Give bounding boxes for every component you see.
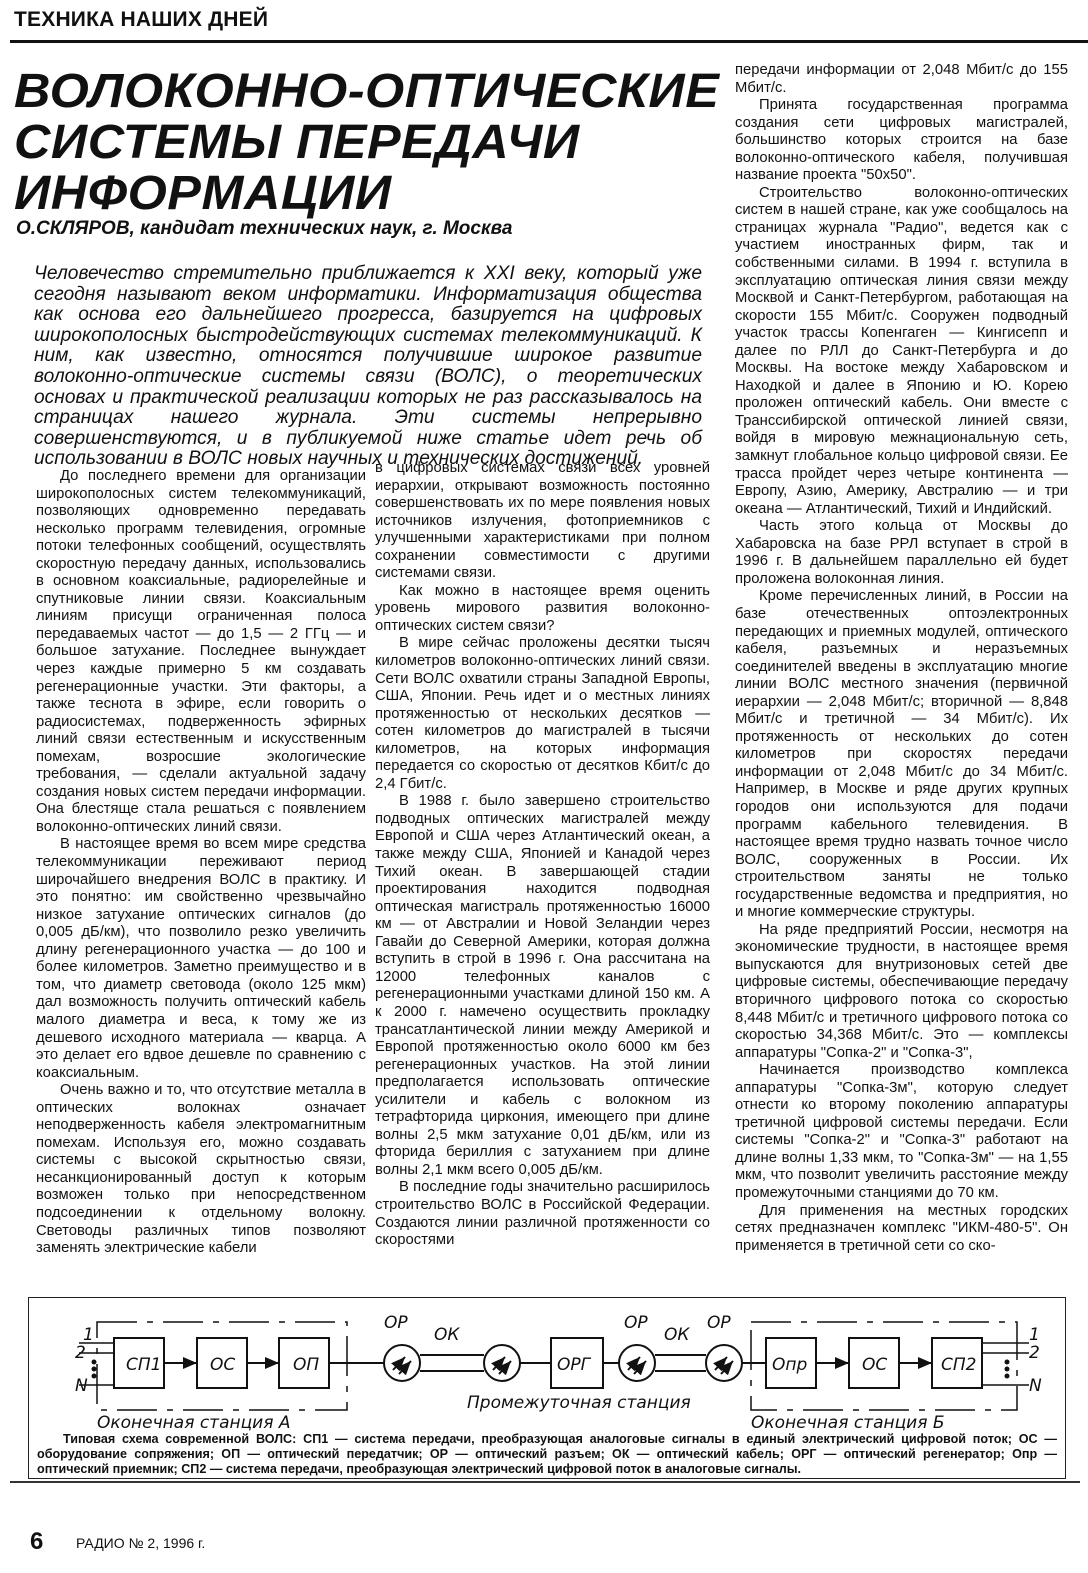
figure-bottom-rule bbox=[10, 1481, 1080, 1483]
column-3: передачи информации от 2,048 Мбит/с до 1… bbox=[735, 62, 1068, 1255]
cable-label: ОК bbox=[664, 1325, 690, 1345]
title-line: СИСТЕМЫ ПЕРЕДАЧИ bbox=[14, 117, 738, 168]
block-op: ОП bbox=[293, 1355, 319, 1375]
paragraph-continued: в цифровых системах связи всех уровней и… bbox=[375, 460, 710, 583]
title-line: ВОЛОКОННО-ОПТИЧЕСКИЕ bbox=[14, 66, 738, 117]
block-opr: Опр bbox=[772, 1355, 807, 1375]
paragraph: Начинается производство комплекса аппара… bbox=[735, 1062, 1068, 1202]
paragraph: Строительство волоконно-оптических систе… bbox=[735, 185, 1068, 518]
paragraph: Часть этого кольца от Москвы до Хабаровс… bbox=[735, 518, 1068, 588]
paragraph-continued: передачи информации от 2,048 Мбит/с до 1… bbox=[735, 62, 1068, 97]
cable-label: ОК bbox=[434, 1325, 460, 1345]
paragraph: В мире сейчас проложены десятки тысяч ки… bbox=[375, 635, 710, 793]
author-byline: О.СКЛЯРОВ, кандидат технических наук, г.… bbox=[16, 218, 512, 240]
station-mid-label: Промежуточная станция bbox=[467, 1393, 691, 1413]
block-os-a: ОС bbox=[210, 1355, 235, 1375]
connector-label: ОР bbox=[707, 1313, 731, 1333]
page-number: 6 bbox=[30, 1528, 43, 1556]
lead-text: Человечество стремительно приближается к… bbox=[34, 264, 702, 470]
paragraph: В настоящее время во всем мире средства … bbox=[36, 836, 366, 1082]
connector-icon bbox=[484, 1345, 520, 1381]
column-1: До последнего времени для организации ши… bbox=[36, 468, 366, 1258]
connector-label: ОР bbox=[624, 1313, 648, 1333]
paragraph: На ряде предприятий России, несмотря на … bbox=[735, 922, 1068, 1062]
connector-icon bbox=[619, 1345, 655, 1381]
output-label: 1 bbox=[1029, 1325, 1040, 1345]
title-line: ИНФОРМАЦИИ bbox=[14, 168, 738, 219]
connector-label: ОР bbox=[384, 1313, 408, 1333]
article-title: ВОЛОКОННО-ОПТИЧЕСКИЕ СИСТЕМЫ ПЕРЕДАЧИ ИН… bbox=[14, 66, 738, 219]
fiber-link-diagram: 1 2 N СП1 ОС ОП ОР ОК ОРГ ОР ОК ОР Проме… bbox=[28, 1297, 1066, 1479]
paragraph: Кроме перечисленных линий, в России на б… bbox=[735, 588, 1068, 921]
input-label: 2 bbox=[75, 1343, 86, 1363]
connector-icon bbox=[384, 1345, 420, 1381]
paragraph: В 1988 г. было завершено строительство п… bbox=[375, 793, 710, 1179]
column-2: в цифровых системах связи всех уровней и… bbox=[375, 460, 710, 1250]
diagram-svg: 1 2 N СП1 ОС ОП ОР ОК ОРГ ОР ОК ОР Проме… bbox=[29, 1298, 1065, 1432]
figure-caption: Типовая схема современной ВОЛС: СП1 — си… bbox=[37, 1432, 1057, 1477]
issue-label: РАДИО № 2, 1996 г. bbox=[76, 1535, 205, 1551]
paragraph: Принята государственная программа создан… bbox=[735, 97, 1068, 185]
block-sp1: СП1 bbox=[126, 1355, 161, 1375]
paragraph: Как можно в настоящее время оценить уров… bbox=[375, 583, 710, 636]
block-org: ОРГ bbox=[557, 1355, 592, 1375]
paragraph: В последние годы значительно расширилось… bbox=[375, 1179, 710, 1249]
station-a-label: Оконечная станция А bbox=[97, 1413, 291, 1432]
paragraph: Для применения на местных городских сетя… bbox=[735, 1203, 1068, 1256]
input-label: N bbox=[75, 1376, 88, 1396]
section-rubric: ТЕХНИКА НАШИХ ДНЕЙ bbox=[14, 8, 268, 32]
block-sp2: СП2 bbox=[941, 1355, 976, 1375]
block-os-b: ОС bbox=[862, 1355, 887, 1375]
header-rule bbox=[10, 40, 1088, 43]
lead-paragraph: Человечество стремительно приближается к… bbox=[34, 264, 702, 470]
paragraph: Очень важно и то, что отсутствие металла… bbox=[36, 1082, 366, 1257]
paragraph: До последнего времени для организации ши… bbox=[36, 468, 366, 836]
output-label: 2 bbox=[1029, 1343, 1040, 1363]
connector-icon bbox=[706, 1345, 742, 1381]
station-b-label: Оконечная станция Б bbox=[751, 1413, 945, 1432]
input-label: 1 bbox=[83, 1325, 94, 1345]
output-label: N bbox=[1029, 1376, 1042, 1396]
